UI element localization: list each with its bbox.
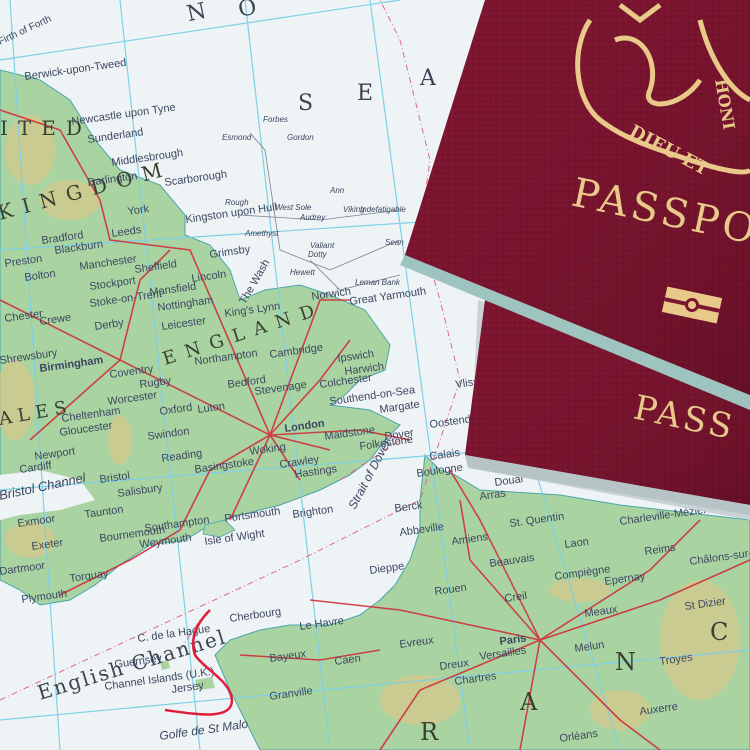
gas-field-label: Audrey	[299, 213, 326, 222]
gas-field-label: Indefatigable	[360, 205, 406, 214]
gas-field-label: West Sole	[275, 203, 312, 212]
north-sea-letter: A	[419, 66, 438, 91]
gas-field-label: Valiant	[310, 241, 335, 250]
gas-field-label: Hewett	[290, 268, 316, 277]
north-sea-letter: O	[236, 0, 261, 23]
gas-field-label: Sean	[385, 238, 404, 247]
gas-field-label: Dotty	[308, 250, 328, 259]
france-letter: N	[615, 648, 636, 676]
gas-field-label: Esmond	[222, 133, 252, 142]
gas-field-label: Forbes	[263, 115, 288, 124]
map-layer: N O S E A English Channel Bristol Channe…	[0, 0, 750, 750]
north-sea-letter: E	[357, 81, 375, 106]
gas-field-label: Ann	[329, 186, 345, 195]
gas-field-label: Gordon	[287, 133, 314, 142]
france-letter: R	[420, 718, 439, 746]
france-letter: A	[519, 688, 538, 716]
gas-field-label: Amethyst	[244, 229, 279, 238]
photo-scene: N O S E A English Channel Bristol Channe…	[0, 0, 750, 750]
gas-field-label: Rough	[225, 198, 249, 207]
france-letter: C	[710, 618, 728, 646]
gas-field-label: Leman Bank	[355, 278, 401, 287]
north-sea-letter: S	[298, 91, 315, 116]
